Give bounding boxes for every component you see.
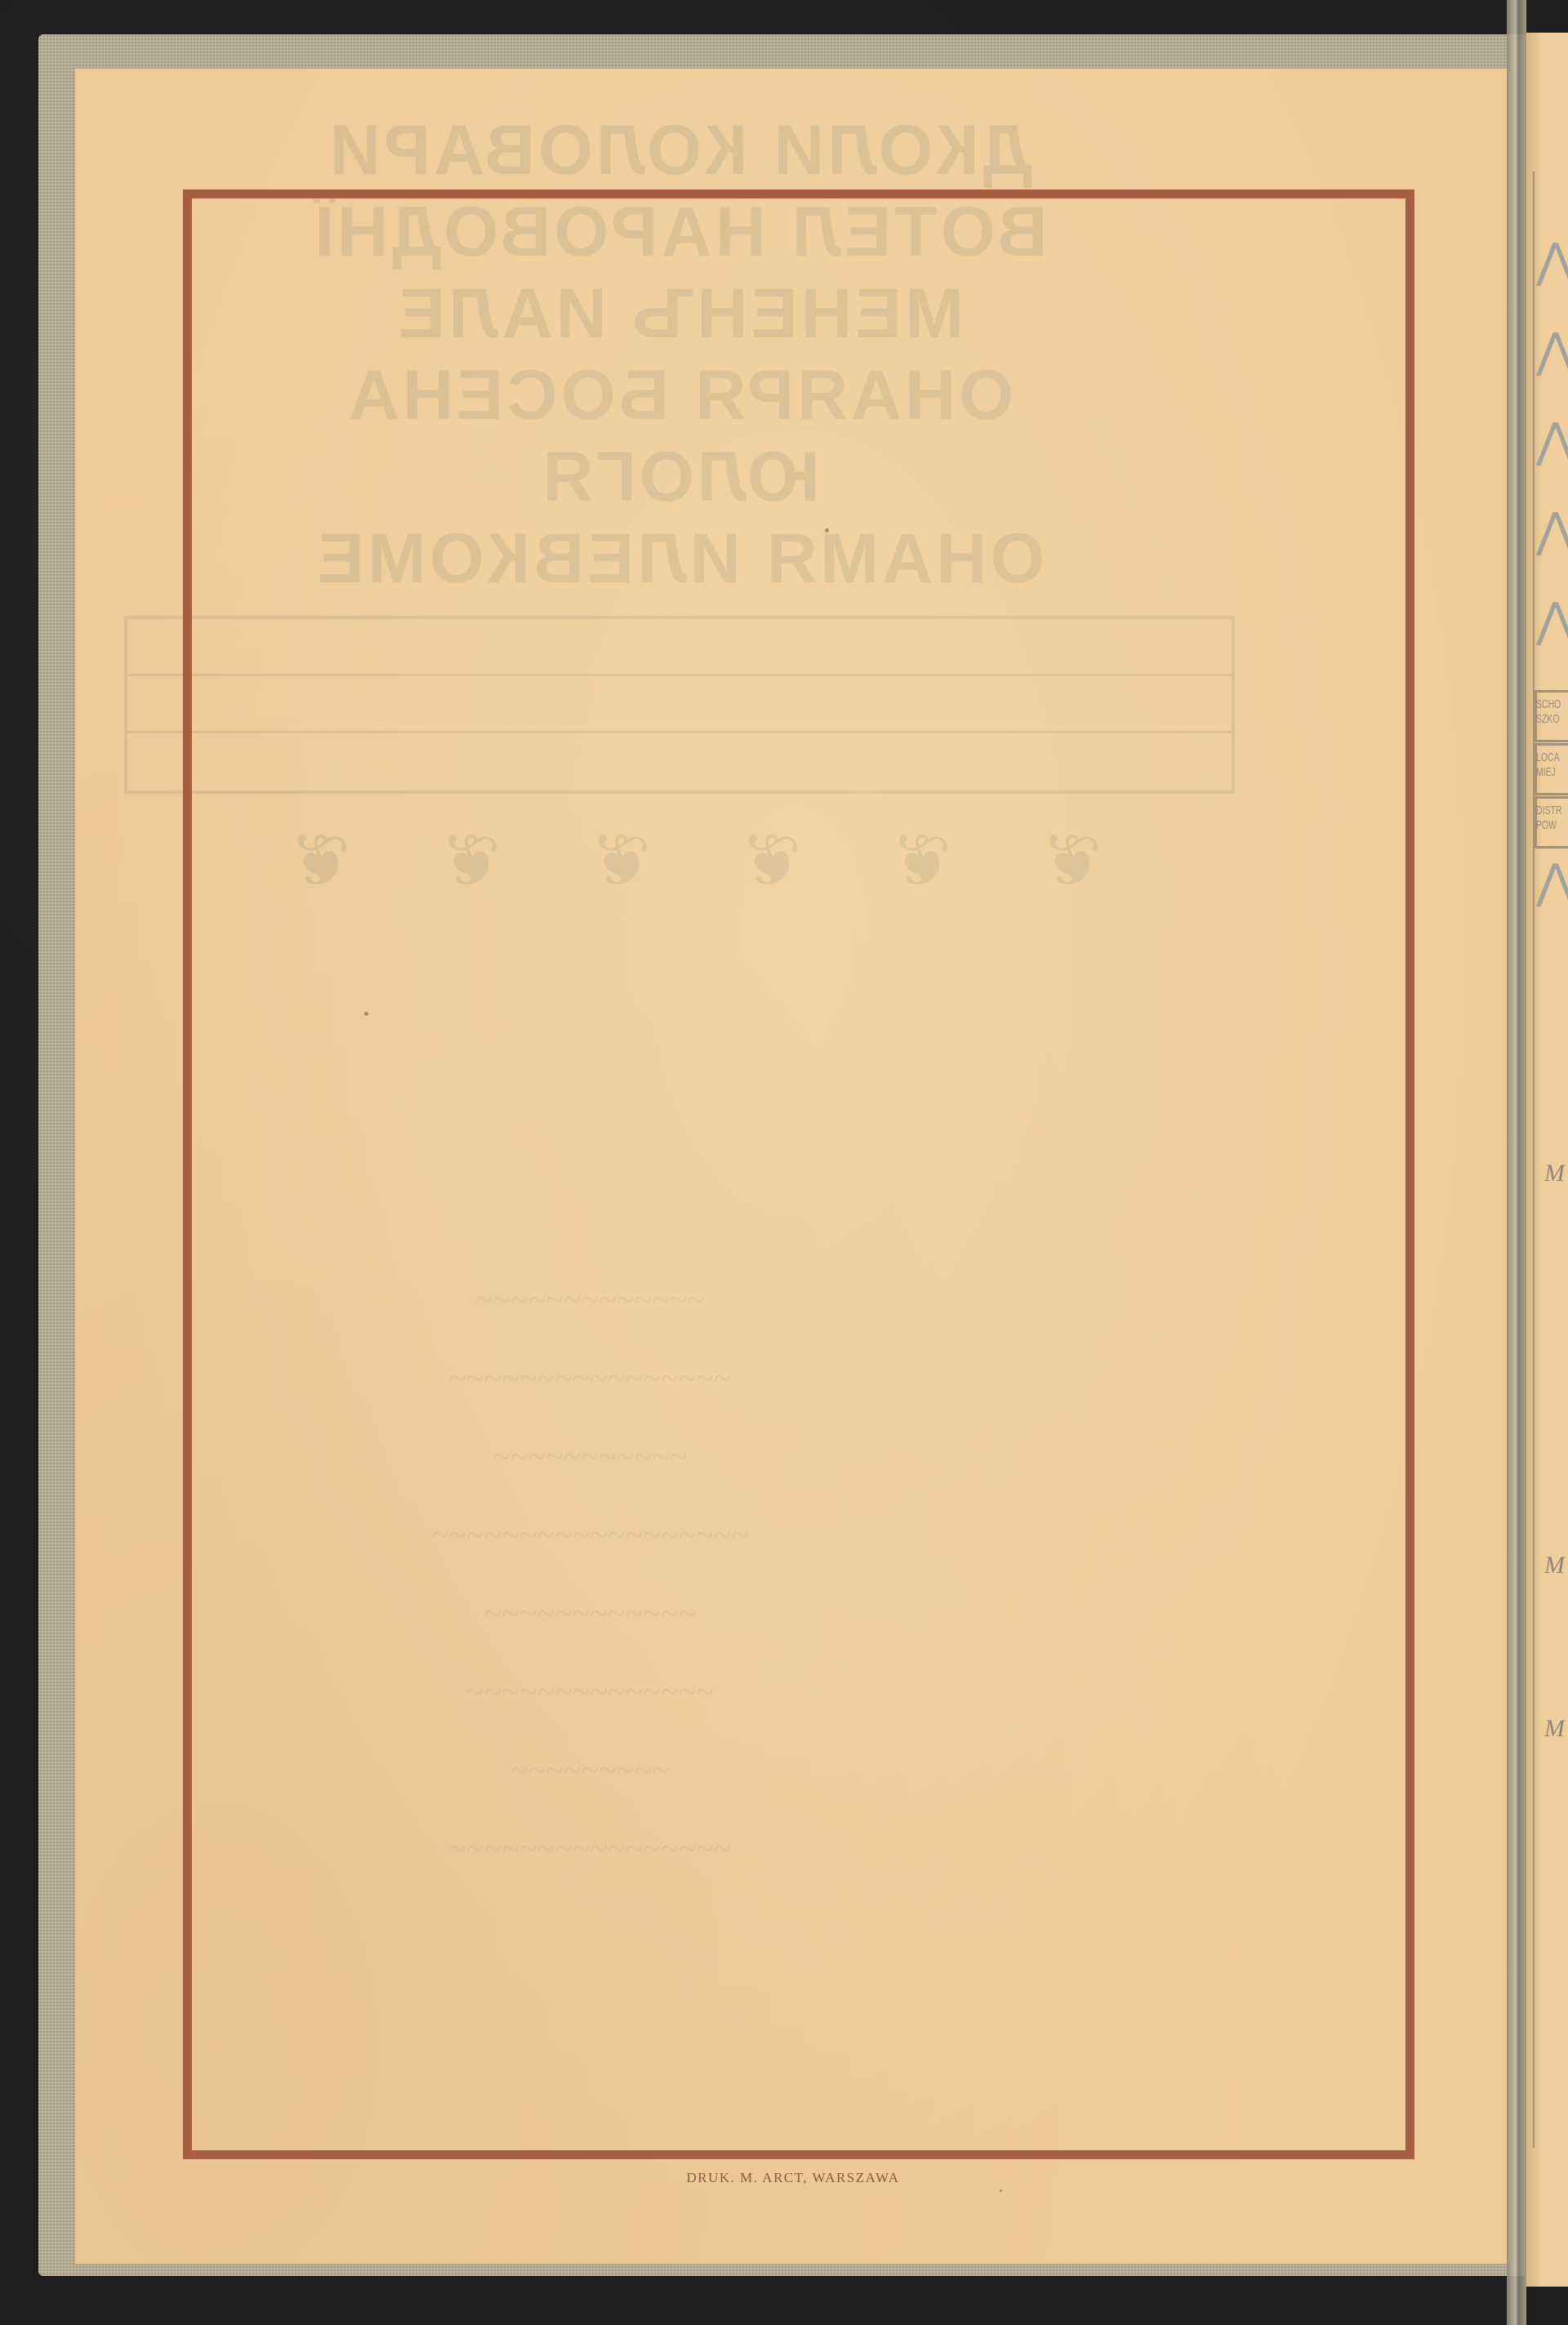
adjacent-label-line: DISTR (1536, 804, 1562, 817)
script-letter: M (1544, 1715, 1565, 1743)
script-letter: M (1544, 1160, 1565, 1187)
ghost-line: ДКОЛИ КОЛОВАРИ (108, 109, 1251, 191)
ornament-icon: ⋀ (1536, 237, 1568, 284)
book-page: ДКОЛИ КОЛОВАРИ ВОТЕЛ НАРОВОДНЇ МЕНЕНЪ ИА… (75, 69, 1511, 2264)
printer-imprint: DRUK. M. ARCT, WARSZAWA (75, 2170, 1511, 2186)
ornament-icon: ⋀ (1536, 596, 1568, 644)
paper-speck (364, 1012, 368, 1016)
adjacent-label-line: SCHO (1536, 698, 1561, 711)
book-gutter (1507, 0, 1526, 2325)
ornament-icon: ⋀ (1536, 506, 1568, 554)
ornament-icon: ⋀ (1536, 857, 1568, 905)
adjacent-label-line: SZKO (1536, 713, 1560, 726)
adjacent-label-line: LOCA (1536, 751, 1560, 764)
script-letter: M (1544, 1552, 1565, 1579)
ornament-icon: ⋀ (1536, 416, 1568, 464)
ornament-icon: ⋀ (1536, 327, 1568, 374)
decorative-frame-border (183, 189, 1414, 2159)
adjacent-label-line: MIEJ (1536, 766, 1556, 779)
paper-speck (1000, 2189, 1002, 2192)
adjacent-page-edge: ⋀ ⋀ ⋀ ⋀ ⋀ SCHO SZKO LOCA MIEJ DISTR POW … (1526, 33, 1568, 2287)
paper-speck (825, 528, 829, 532)
adjacent-label-line: POW (1536, 819, 1557, 832)
